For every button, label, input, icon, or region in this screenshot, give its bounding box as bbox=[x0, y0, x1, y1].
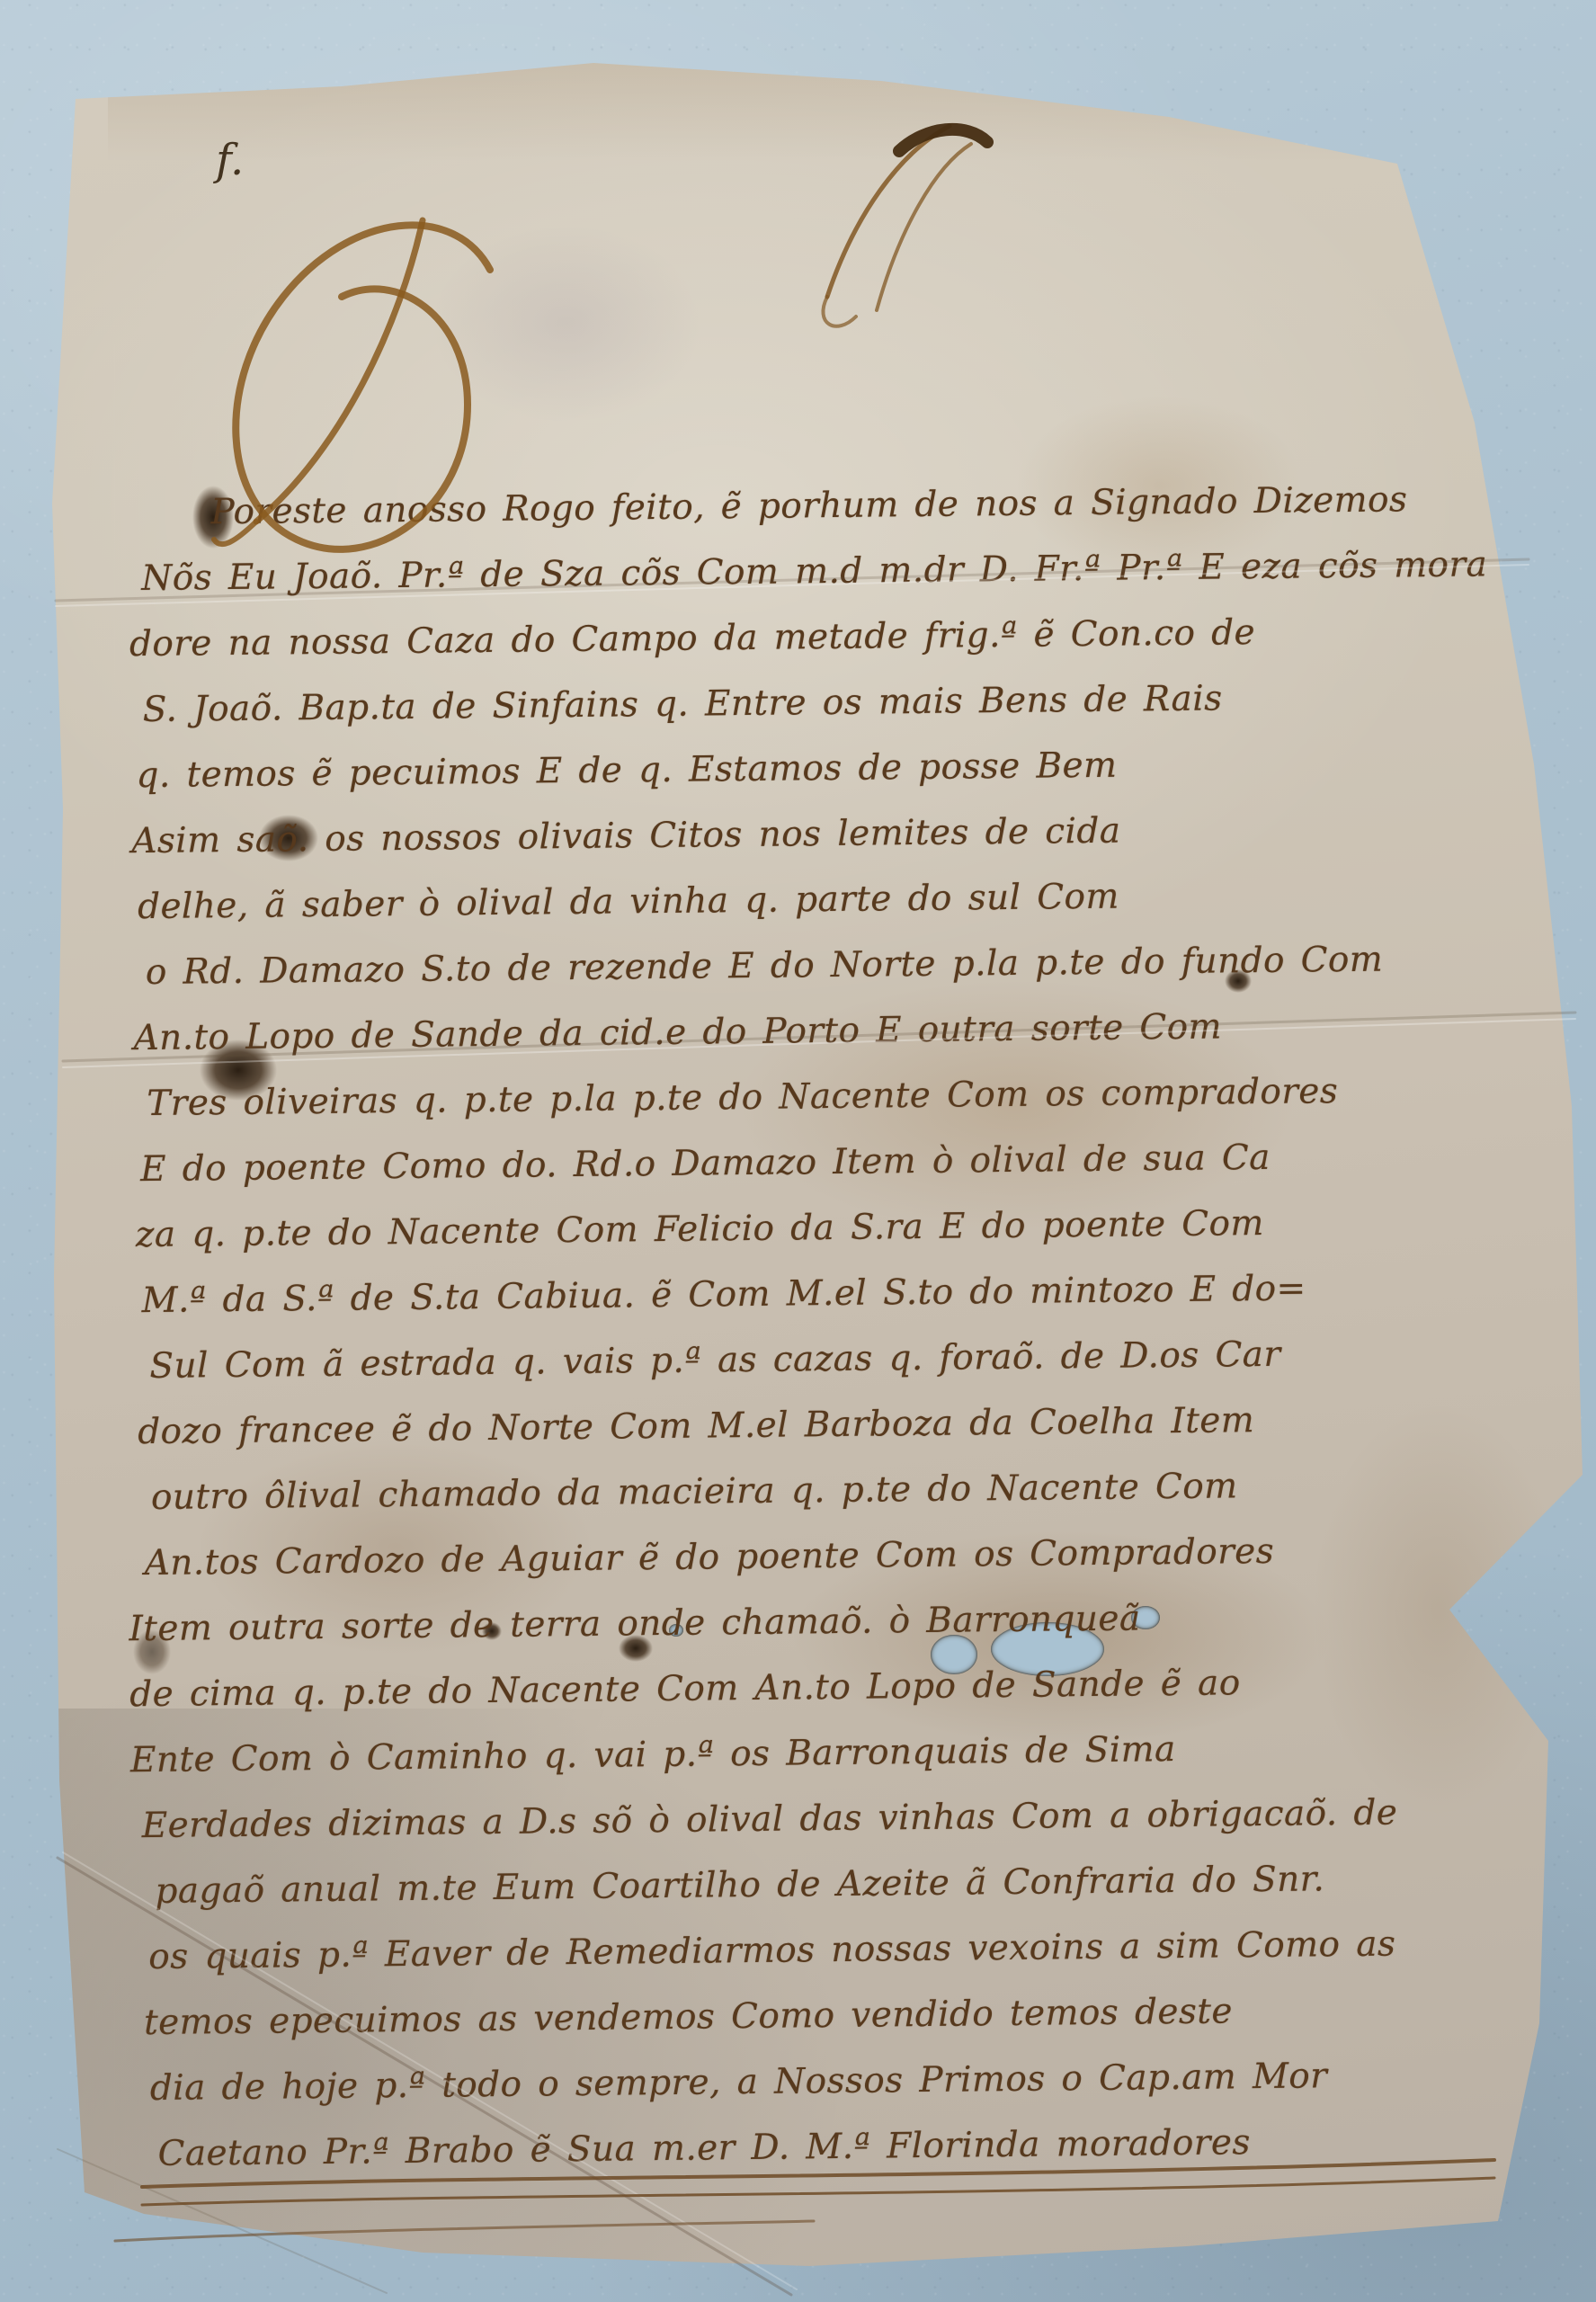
manuscript-text: Poreste anosso Rogo feito, ẽ porhum de n… bbox=[133, 466, 1536, 2187]
photo-background: f. Poreste anosso Rogo feito, ẽ porhum d… bbox=[0, 0, 1596, 2302]
manuscript-line: Caetano Pr.ª Brabo ẽ Sua m.er D. M.ª Flo… bbox=[157, 2107, 1536, 2187]
folio-mark: f. bbox=[216, 135, 244, 185]
manuscript-paper: f. Poreste anosso Rogo feito, ẽ porhum d… bbox=[0, 0, 1596, 2302]
stain bbox=[432, 225, 701, 423]
stain bbox=[108, 63, 1385, 162]
